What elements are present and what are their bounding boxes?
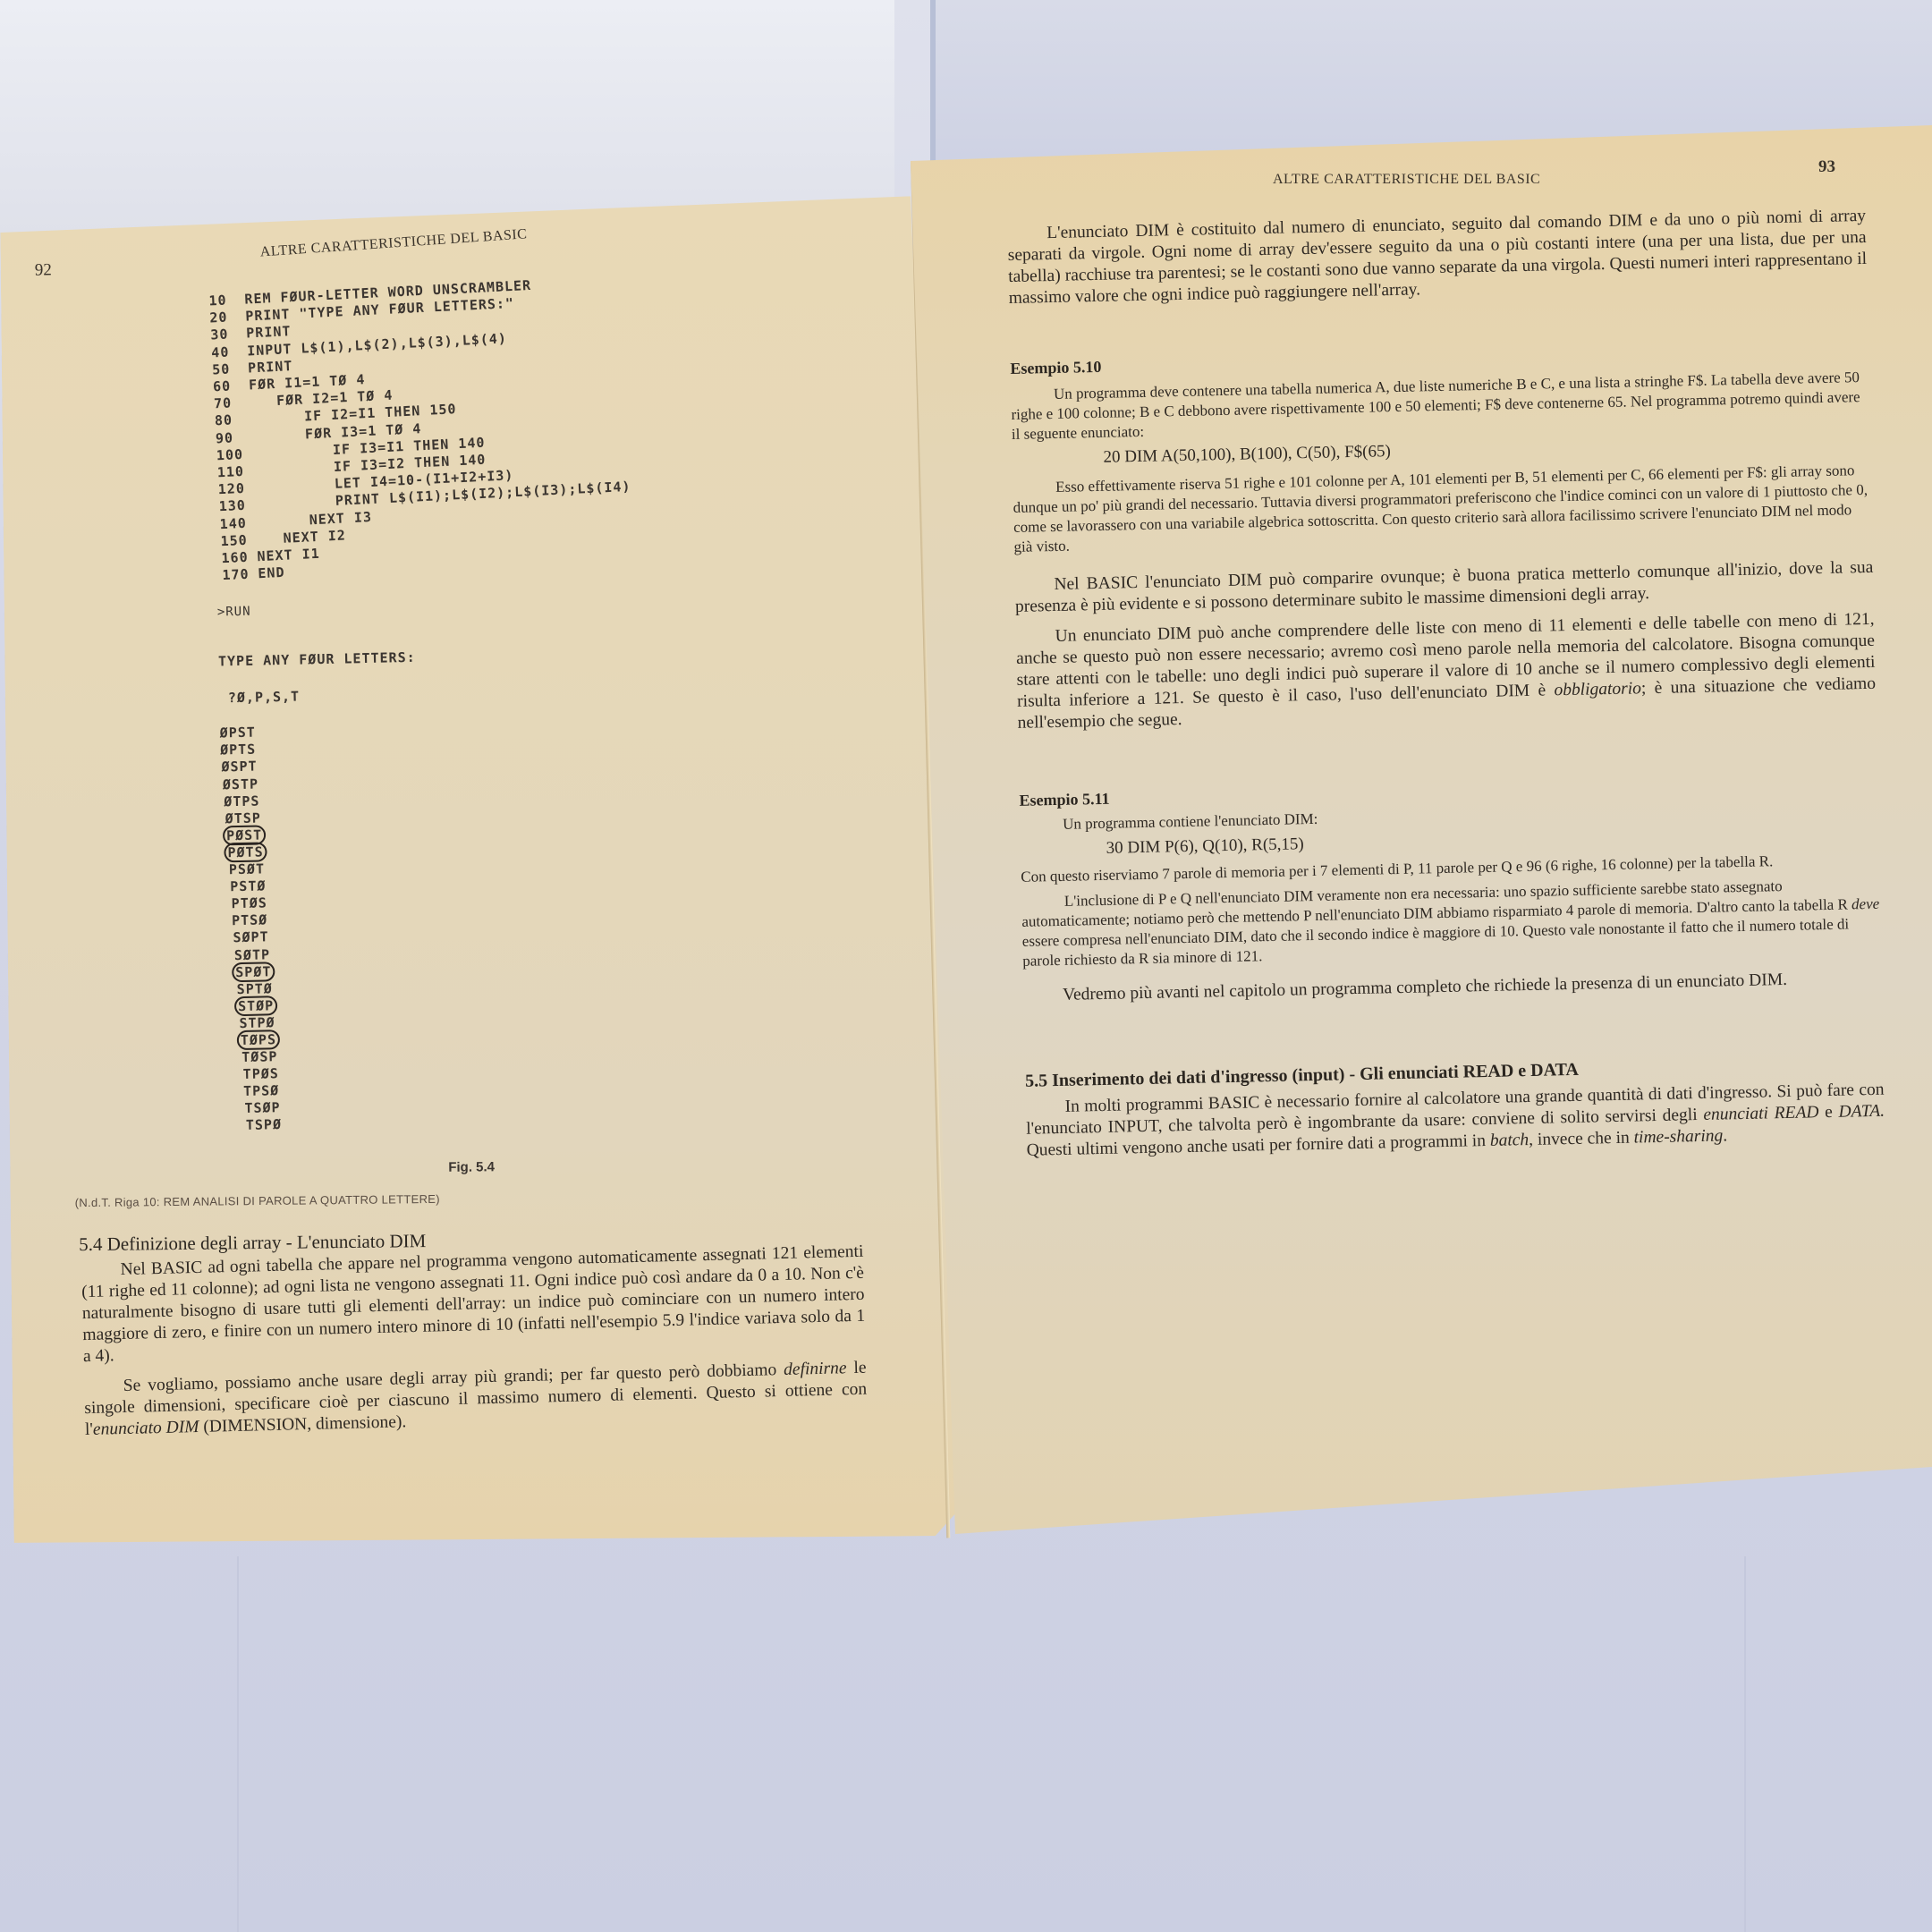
background-fold-line	[237, 1556, 239, 1932]
run-command: >RUN	[217, 600, 415, 622]
code-statement: PRINT	[248, 358, 293, 377]
example-text: L'inclusione di P e Q nell'enunciato DIM…	[1021, 875, 1882, 971]
paragraph: Nel BASIC ad ogni tabella che appare nel…	[80, 1241, 866, 1368]
line-number: 110	[216, 462, 253, 481]
right-page-content: L'enunciato DIM è costituito dal numero …	[1007, 206, 1885, 1171]
line-number: 140	[219, 514, 256, 533]
line-number: 80	[215, 411, 251, 430]
line-number: 150	[220, 531, 257, 550]
example-5-11: Esempio 5.11 Un programma contiene l'enu…	[1019, 774, 1881, 971]
code-statement: PRINT	[246, 324, 292, 343]
basic-program-listing: 10REM FØUR-LETTER WORD UNSCRAMBLER20PRIN…	[208, 273, 635, 585]
word: SPTØ	[237, 980, 273, 997]
page-number-left: 92	[35, 260, 52, 280]
line-number: 90	[216, 428, 252, 447]
word: TPØS	[243, 1065, 279, 1082]
run-user-input: ?Ø,P,S,T	[228, 686, 417, 708]
code-statement: NEXT I1	[257, 546, 320, 566]
line-number: 60	[213, 377, 250, 396]
paragraph: L'enunciato DIM è costituito dal numero …	[1007, 206, 1868, 309]
word: PTSØ	[232, 912, 267, 929]
word: ØPST	[220, 724, 256, 741]
circled-word: SPØT	[232, 962, 275, 982]
word: TSØP	[244, 1099, 280, 1116]
section-5-4-body: Nel BASIC ad ogni tabella che appare nel…	[80, 1241, 868, 1450]
paragraph: Nel BASIC l'enunciato DIM può comparire …	[1014, 557, 1874, 618]
permutation-item: TSPØ	[246, 1114, 426, 1134]
line-number: 40	[211, 343, 248, 361]
word: PSTØ	[230, 878, 266, 895]
word: PTØS	[232, 895, 267, 912]
circled-word: PØTS	[224, 842, 267, 862]
line-number: 100	[216, 445, 252, 464]
line-number: 130	[218, 497, 255, 516]
line-number: 30	[210, 326, 247, 344]
paragraph: Se vogliamo, possiamo anche usare degli …	[84, 1358, 868, 1441]
page-number-right: 93	[1818, 157, 1835, 177]
word: PSØT	[229, 860, 265, 877]
running-head-left: ALTRE CARATTERISTICHE DEL BASIC	[259, 226, 528, 260]
dim-usage-paragraphs: Nel BASIC l'enunciato DIM può comparire …	[1014, 557, 1877, 734]
paragraph: Un enunciato DIM può anche comprendere d…	[1015, 609, 1876, 734]
line-number: 10	[208, 292, 245, 310]
running-head-right: ALTRE CARATTERISTICHE DEL BASIC	[1273, 172, 1540, 188]
section-heading-5-4: 5.4 Definizione degli array - L'enunciat…	[79, 1230, 426, 1256]
word: STPØ	[239, 1014, 275, 1031]
line-number: 170	[222, 565, 258, 584]
line-number: 120	[217, 480, 254, 499]
word: ØSPT	[221, 758, 257, 775]
program-run-output: >RUN TYPE ANY FØUR LETTERS: ?Ø,P,S,T ØPS…	[217, 600, 426, 1135]
word: TPSØ	[243, 1082, 279, 1099]
paragraph: Vedremo più avanti nel capitolo un progr…	[1023, 968, 1882, 1007]
example-text: Un programma deve contenere una tabella …	[1011, 368, 1870, 445]
dim-intro-paragraph: L'enunciato DIM è costituito dal numero …	[1007, 206, 1868, 309]
word: SØTP	[234, 946, 270, 963]
line-number: 50	[212, 360, 249, 378]
example-text: Esso effettivamente riserva 51 righe e 1…	[1013, 461, 1873, 557]
line-number: 160	[221, 548, 258, 567]
word: ØSTP	[223, 775, 258, 792]
right-page: ALTRE CARATTERISTICHE DEL BASIC 93 L'enu…	[911, 125, 1932, 1538]
word: ØTPS	[224, 792, 259, 809]
word: SØPT	[233, 929, 268, 946]
circled-word: STØP	[234, 996, 278, 1016]
circled-word: TØPS	[237, 1030, 281, 1050]
code-statement: END	[258, 564, 285, 583]
background-paper-sheet	[0, 0, 894, 233]
translator-note: (N.d.T. Riga 10: REM ANALISI DI PAROLE A…	[75, 1192, 440, 1209]
line-number: 70	[214, 394, 250, 413]
example-5-10: Esempio 5.10 Un programma deve contenere…	[1010, 342, 1872, 557]
word: ØTSP	[225, 809, 261, 826]
line-number: 20	[209, 309, 246, 327]
left-page: ALTRE CARATTERISTICHE DEL BASIC 92 10REM…	[0, 196, 964, 1547]
word: TØSP	[241, 1048, 277, 1065]
word: ØPTS	[220, 741, 256, 758]
figure-caption: Fig. 5.4	[448, 1159, 495, 1175]
word: TSPØ	[246, 1117, 282, 1134]
paragraph: In molti programmi BASIC è necessario fo…	[1025, 1080, 1885, 1162]
permutation-list: ØPSTØPTSØSPTØSTPØTPSØTSPPØSTPØTSPSØTPSTØ…	[220, 721, 426, 1135]
run-prompt-output: TYPE ANY FØUR LETTERS:	[218, 649, 416, 671]
background-fold-line	[1744, 1556, 1746, 1932]
